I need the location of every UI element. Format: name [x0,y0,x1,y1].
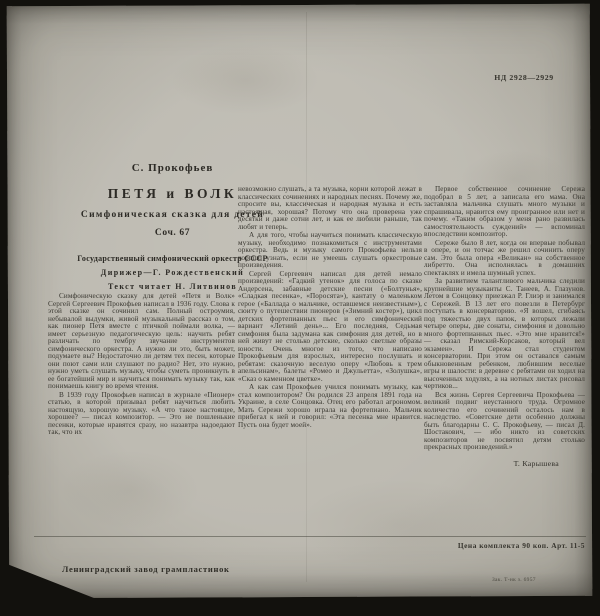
paragraph: невозможно слушать, а та музыка, корни к… [238,186,422,231]
text-column-left: Симфоническую сказку для детей «Петя и В… [48,293,235,438]
pressing-plant-name: Ленинградский завод грампластинок [62,564,230,574]
paragraph: А как сам Прокофьев учился понимать музы… [238,384,422,429]
text-column-middle: невозможно слушать, а та музыка, корни к… [238,186,422,430]
liner-notes-left: Симфоническую сказку для детей «Петя и В… [48,293,235,437]
paragraph: А для того, чтобы научиться понимать кла… [238,232,422,270]
paragraph: Первое собственное сочинение Сережа подо… [424,186,585,239]
liner-notes-middle: невозможно слушать, а та музыка, корни к… [238,186,422,429]
author-signature: Т. Карышева [424,460,585,468]
paragraph: В 1939 году Прокофьев написал в журнале … [48,392,235,437]
paragraph: Вся жизнь Сергея Сергеевича Прокофьева —… [424,392,585,452]
composer-name: С. Прокофьев [50,162,295,174]
catalog-number: НД 2928—2929 [474,73,574,82]
footer-divider [34,536,586,537]
text-column-right: Первое собственное сочинение Сережа подо… [424,186,585,467]
paragraph: За развитием талантливого мальчика следи… [424,278,585,391]
paragraph: Сереже было 8 лет, когда он впервые побы… [424,240,585,278]
record-sleeve-back: НД 2928—2929 С. Прокофьев ПЕТЯ и ВОЛК Си… [0,0,600,616]
liner-notes-right: Первое собственное сочинение Сережа подо… [424,186,585,452]
paragraph: Сергей Сергеевич написал для детей немал… [238,271,422,384]
paragraph: Симфоническую сказку для детей «Петя и В… [48,293,235,391]
print-order-code: Зак. Т-нк з. 6957 [492,577,536,583]
price-label: Цена комплекта 90 коп. Арт. 11-5 [290,541,585,550]
